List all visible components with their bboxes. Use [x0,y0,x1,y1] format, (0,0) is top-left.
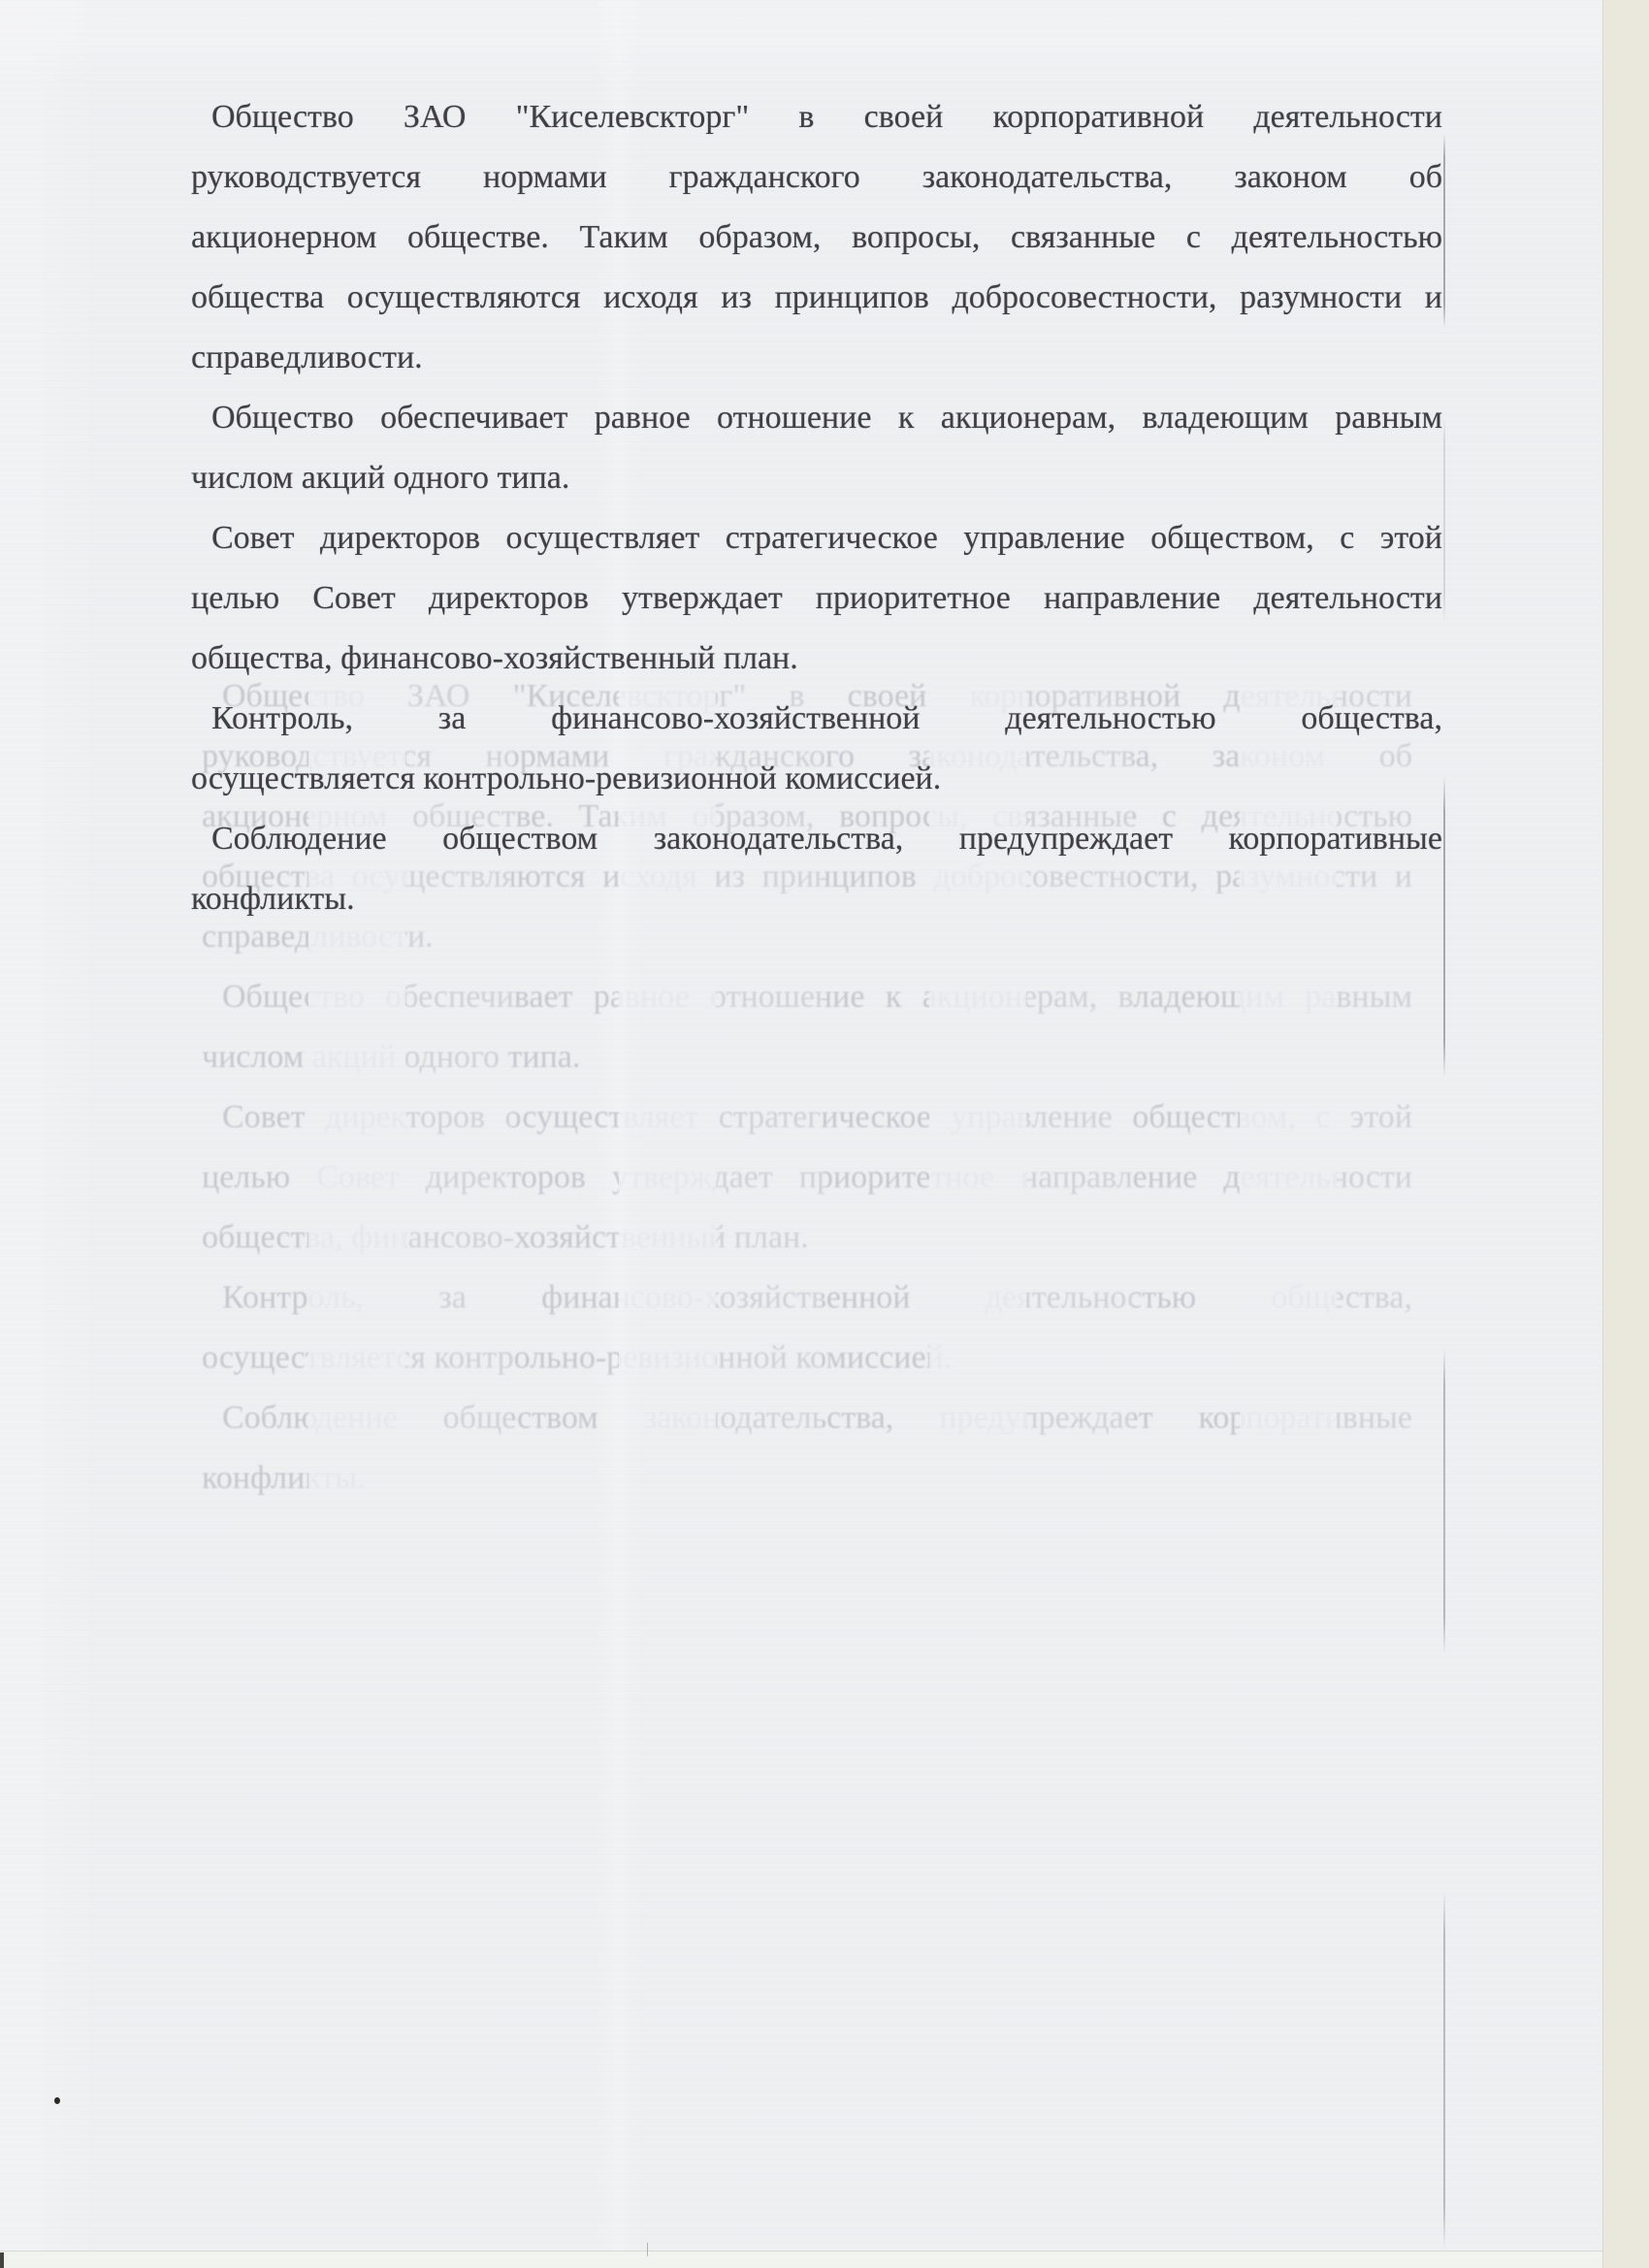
paragraph: Общество ЗАО "Киселевскторг" в своей кор… [202,666,1412,967]
text-line: общества осуществляются исходя из принци… [191,268,1442,328]
paper-crease-line [1443,1892,1445,2249]
text-line: целью Совет директоров утверждает приори… [191,568,1442,629]
paragraph: Совет директоров осуществляет стратегиче… [191,508,1442,689]
text-line: осуществляется контрольно-ревизионной ко… [202,1328,1412,1388]
scan-corner-mark [0,2252,4,2268]
text-line: Совет директоров осуществляет стратегиче… [191,508,1442,568]
text-line: Общество ЗАО "Киселевскторг" в своей кор… [202,666,1412,727]
scanned-page: Общество ЗАО "Киселевскторг" в своей кор… [0,0,1649,2268]
text-line: общества осуществляются исходя из принци… [202,847,1412,907]
text-line: Контроль, за финансово-хозяйственной дея… [202,1268,1412,1328]
text-line: Общество ЗАО "Киселевскторг" в своей кор… [191,87,1442,147]
text-line: руководствуется нормами гражданского зак… [202,727,1412,787]
text-line: общества, финансово-хозяйственный план. [202,1208,1412,1268]
ghost-text-layer: Общество ЗАО "Киселевскторг" в своей кор… [202,666,1412,1508]
text-line: Соблюдение обществом законодательства, п… [202,1388,1412,1448]
paragraph: Совет директоров осуществляет стратегиче… [202,1087,1412,1268]
paper-crease-line [1443,134,1445,328]
paper-crease-line [1443,1348,1445,1654]
text-line: Совет директоров осуществляет стратегиче… [202,1087,1412,1148]
text-line: Общество обеспечивает равное отношение к… [191,388,1442,448]
text-line: акционерном обществе. Таким образом, воп… [191,208,1442,268]
text-line: справедливости. [191,328,1442,388]
text-line: справедливости. [202,907,1412,967]
paragraph: Общество ЗАО "Киселевскторг" в своей кор… [191,87,1442,388]
text-line: целью Совет директоров утверждает приори… [202,1148,1412,1208]
text-line: числом акций одного типа. [202,1027,1412,1087]
paragraph: Контроль, за финансово-хозяйственной дея… [202,1268,1412,1388]
text-line: конфликты. [202,1448,1412,1508]
scan-hairline-mark [647,2243,648,2256]
paragraph: Общество обеспечивает равное отношение к… [191,388,1442,508]
ink-speck [54,2097,60,2104]
paper-crease-line [1443,776,1445,1077]
scanner-edge-strip-right [1602,0,1649,2268]
paragraph: Общество обеспечивает равное отношение к… [202,967,1412,1087]
text-line: числом акций одного типа. [191,448,1442,508]
text-line: Общество обеспечивает равное отношение к… [202,967,1412,1027]
paragraph: Соблюдение обществом законодательства, п… [202,1388,1412,1508]
text-line: руководствуется нормами гражданского зак… [191,147,1442,208]
scanner-edge-band-bottom [0,2251,1602,2268]
paper-crease-line [1443,417,1445,621]
text-line: акционерном обществе. Таким образом, воп… [202,787,1412,847]
